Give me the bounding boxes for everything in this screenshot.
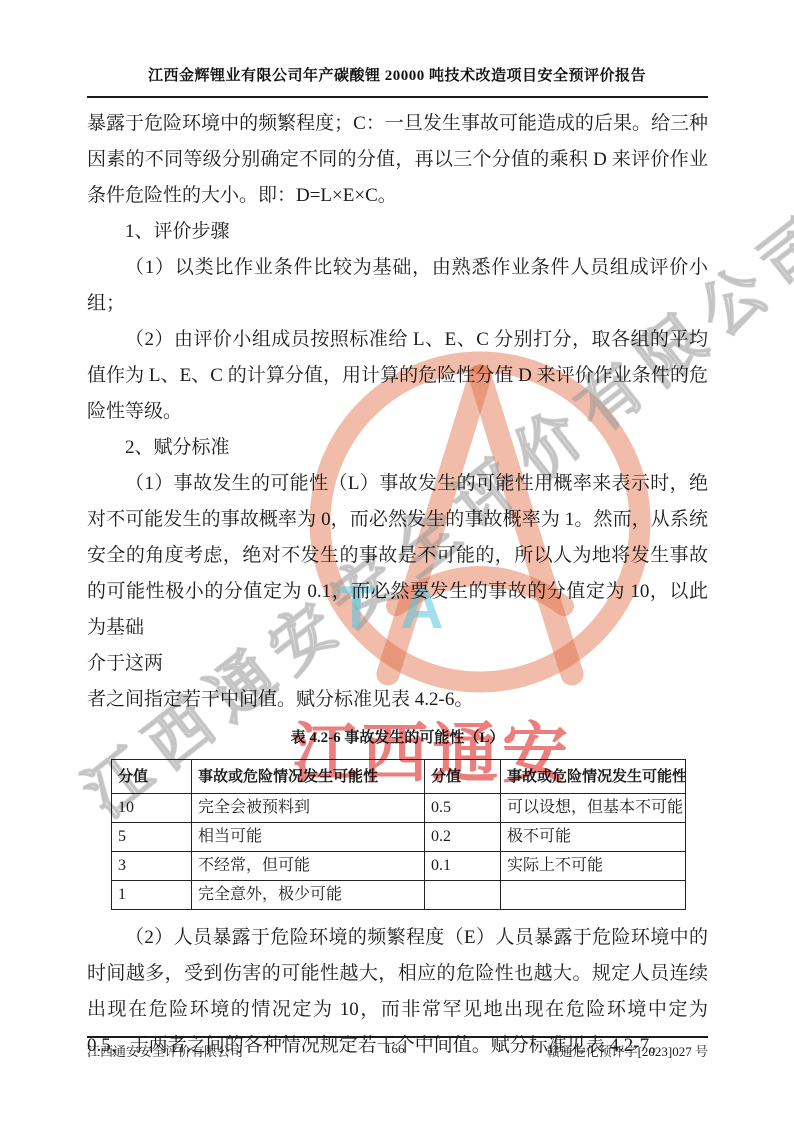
table-cell: 5 [112,823,192,852]
table-cell: 可以设想，但基本不可能 [501,794,686,823]
table-header-row: 分值事故或危险情况发生可能性分值事故或危险情况发生可能性 [112,760,686,794]
table-row: 5相当可能0.2极不可能 [112,823,686,852]
table-cell: 10 [112,794,192,823]
footer-doc-number: 赣通危化预评字[2023]027 号 [547,1041,708,1060]
footer-company: 江西通安安全评价有限公司 [87,1041,243,1060]
table-row: 10完全会被预料到0.5可以设想，但基本不可能 [112,794,686,823]
table-header-cell: 分值 [112,760,192,794]
footer-page-number: 166 [385,1041,405,1057]
paragraph: 暴露于危险环境中的频繁程度；C：一旦发生事故可能造成的后果。给三种因素的不同等级… [87,106,708,214]
table-row: 1完全意外，极少可能 [112,881,686,910]
table-header-cell: 事故或危险情况发生可能性 [192,760,425,794]
paragraph: （1）以类比作业条件比较为基础，由熟悉作业条件人员组成评价小组； [87,250,708,322]
footer-rule [87,1036,708,1038]
paragraph: （2）由评价小组成员按照标准给 L、E、C 分别打分，取各组的平均值作为 L、E… [87,322,708,430]
table-cell: 极不可能 [501,823,686,852]
table-cell: 1 [112,881,192,910]
table-cell: 相当可能 [192,823,425,852]
table-cell: 3 [112,852,192,881]
document-body: 暴露于危险环境中的频繁程度；C：一旦发生事故可能造成的后果。给三种因素的不同等级… [87,106,708,1064]
table-cell: 实际上不可能 [501,852,686,881]
probability-table: 分值事故或危险情况发生可能性分值事故或危险情况发生可能性 10完全会被预料到0.… [111,759,686,910]
table-caption: 表 4.2-6 事故发生的可能性（L） [87,720,708,756]
table-cell [425,881,501,910]
paragraph: 1、评价步骤 [87,214,708,250]
paragraph: 者之间指定若干中间值。赋分标准见表 4.2-6。 [87,682,708,718]
table-cell: 0.5 [425,794,501,823]
table-cell: 完全会被预料到 [192,794,425,823]
paragraph: （1）事故发生的可能性（L）事故发生的可能性用概率来表示时，绝对不可能发生的事故… [87,466,708,646]
table-cell: 0.2 [425,823,501,852]
paragraph: 2、赋分标准 [87,430,708,466]
table-cell: 0.1 [425,852,501,881]
table-header-cell: 分值 [425,760,501,794]
table-cell: 不经常，但可能 [192,852,425,881]
page-footer: 江西通安安全评价有限公司 166 赣通危化预评字[2023]027 号 [87,1041,708,1060]
header-rule [87,96,708,98]
table-cell: 完全意外，极少可能 [192,881,425,910]
paragraph: 介于这两 [87,646,708,682]
page-header-title: 江西金辉锂业有限公司年产碳酸锂 20000 吨技术改造项目安全预评价报告 [0,64,794,85]
paragraphs-before-table: 暴露于危险环境中的频繁程度；C：一旦发生事故可能造成的后果。给三种因素的不同等级… [87,106,708,718]
table-cell [501,881,686,910]
table-header-cell: 事故或危险情况发生可能性 [501,760,686,794]
document-page: 江西金辉锂业有限公司年产碳酸锂 20000 吨技术改造项目安全预评价报告 暴露于… [0,0,794,1123]
table-row: 3不经常，但可能0.1实际上不可能 [112,852,686,881]
